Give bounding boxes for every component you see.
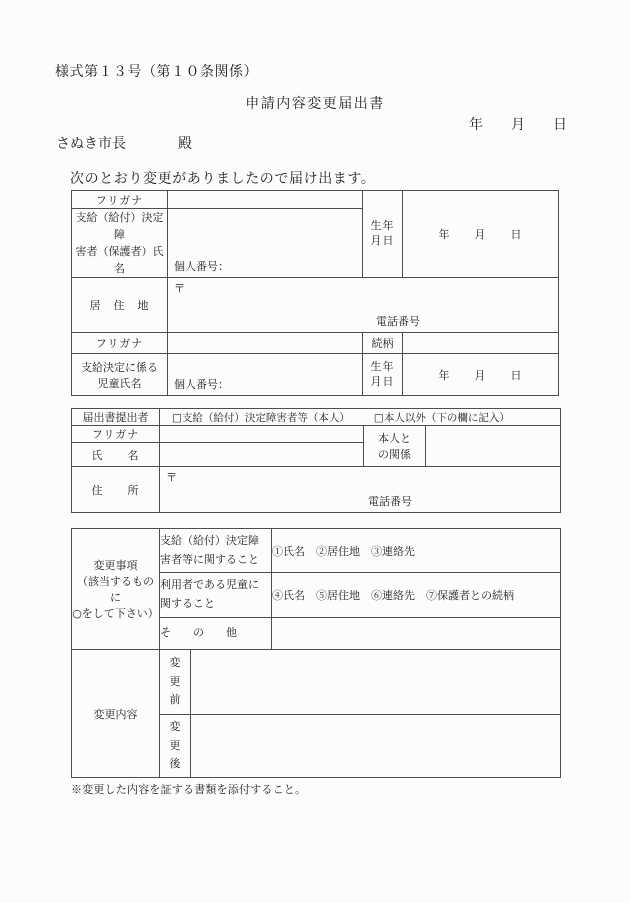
change-content-label: 変更内容 — [72, 650, 160, 778]
date-line: 年 月 日 — [469, 114, 567, 134]
before-change-label: 変更前 — [160, 650, 191, 715]
change-row3-label: そ の 他 — [160, 618, 272, 650]
before-change-field — [191, 650, 561, 715]
after-change-field — [191, 715, 561, 778]
submitter-address-label: 住 所 — [72, 467, 160, 513]
recipient-furigana-label: フリガナ — [72, 191, 168, 209]
change-row1-label: 支給（給付）決定障 害者等に関すること — [160, 529, 272, 573]
recipient-birthdate-field: 年 月 日 — [403, 191, 559, 278]
submitter-relation-label: 本人と の関係 — [364, 426, 426, 467]
postal-mark: 〒 — [174, 280, 185, 296]
change-row3-field — [272, 618, 561, 650]
change-row2-options: ④氏名 ⑤居住地 ⑥連絡先 ⑦保護者との続柄 — [272, 573, 561, 618]
checkbox-self-option: □支給（給付）決定障害者等（本人） — [172, 410, 350, 425]
child-furigana-label: フリガナ — [72, 333, 168, 354]
change-row1-options: ①氏名 ②居住地 ③連絡先 — [272, 529, 561, 573]
child-birthdate-label: 生年 月日 — [363, 354, 403, 396]
attachment-note: ※変更した内容を証する書類を添付すること。 — [71, 781, 306, 797]
submitter-postal-mark: 〒 — [166, 469, 177, 485]
document-page: 様式第１３号（第１０条関係） 申請内容変更届出書 年 月 日 さぬき市長殿 次の… — [0, 0, 630, 903]
change-items-label: 変更事項 （該当するものに ○をして下さい） — [72, 529, 160, 650]
submitter-table: 届出書提出者 □支給（給付）決定障害者等（本人） □本人以外（下の欄に記入） フ… — [71, 408, 561, 513]
child-birthdate-field: 年 月 日 — [403, 354, 559, 396]
relation-field — [403, 333, 559, 354]
personal-number-label: 個人番号： — [174, 258, 229, 274]
submitter-label: 届出書提出者 — [72, 409, 160, 426]
child-personal-number-label: 個人番号： — [174, 376, 229, 392]
addressee-line: さぬき市長殿 — [56, 133, 192, 153]
residence-label: 居 住 地 — [72, 278, 168, 333]
submitter-name-label: 氏 名 — [72, 443, 160, 467]
submitter-type-options: □支給（給付）決定障害者等（本人） □本人以外（下の欄に記入） — [160, 409, 561, 426]
submitter-furigana-label: フリガナ — [72, 426, 160, 443]
recipient-name-label: 支給（給付）決定障 害者（保護者）氏 名 — [72, 209, 168, 278]
recipient-furigana-field — [168, 191, 363, 209]
submitter-name-field — [160, 443, 364, 467]
change-table: 変更事項 （該当するものに ○をして下さい） 支給（給付）決定障 害者等に関する… — [71, 528, 561, 778]
intro-text: 次のとおり変更がありましたので届け出ます。 — [70, 168, 375, 188]
child-furigana-field — [168, 333, 363, 354]
relation-label: 続柄 — [363, 333, 403, 354]
form-number: 様式第１３号（第１０条関係） — [55, 61, 258, 81]
submitter-address-field: 〒 電話番号 — [160, 467, 561, 513]
recipient-name-field: 個人番号： — [168, 209, 363, 278]
page-title: 申請内容変更届出書 — [0, 93, 630, 113]
residence-field: 〒 電話番号 — [168, 278, 559, 333]
residence-phone-label: 電話番号 — [376, 313, 420, 329]
honorific: 殿 — [178, 133, 192, 153]
child-name-field: 個人番号： — [168, 354, 363, 396]
submitter-relation-field — [426, 426, 561, 467]
recipient-birthdate-label: 生年 月日 — [363, 191, 403, 278]
submitter-furigana-field — [160, 426, 364, 443]
change-row2-label: 利用者である児童に 関すること — [160, 573, 272, 618]
recipient-table: フリガナ 生年 月日 年 月 日 支給（給付）決定障 害者（保護者）氏 名 個人… — [71, 190, 559, 396]
child-name-label: 支給決定に係る 児童氏名 — [72, 354, 168, 396]
addressee-name: さぬき市長 — [56, 136, 126, 152]
after-change-label: 変更後 — [160, 715, 191, 778]
submitter-phone-label: 電話番号 — [368, 493, 412, 509]
checkbox-other-option: □本人以外（下の欄に記入） — [374, 410, 510, 425]
